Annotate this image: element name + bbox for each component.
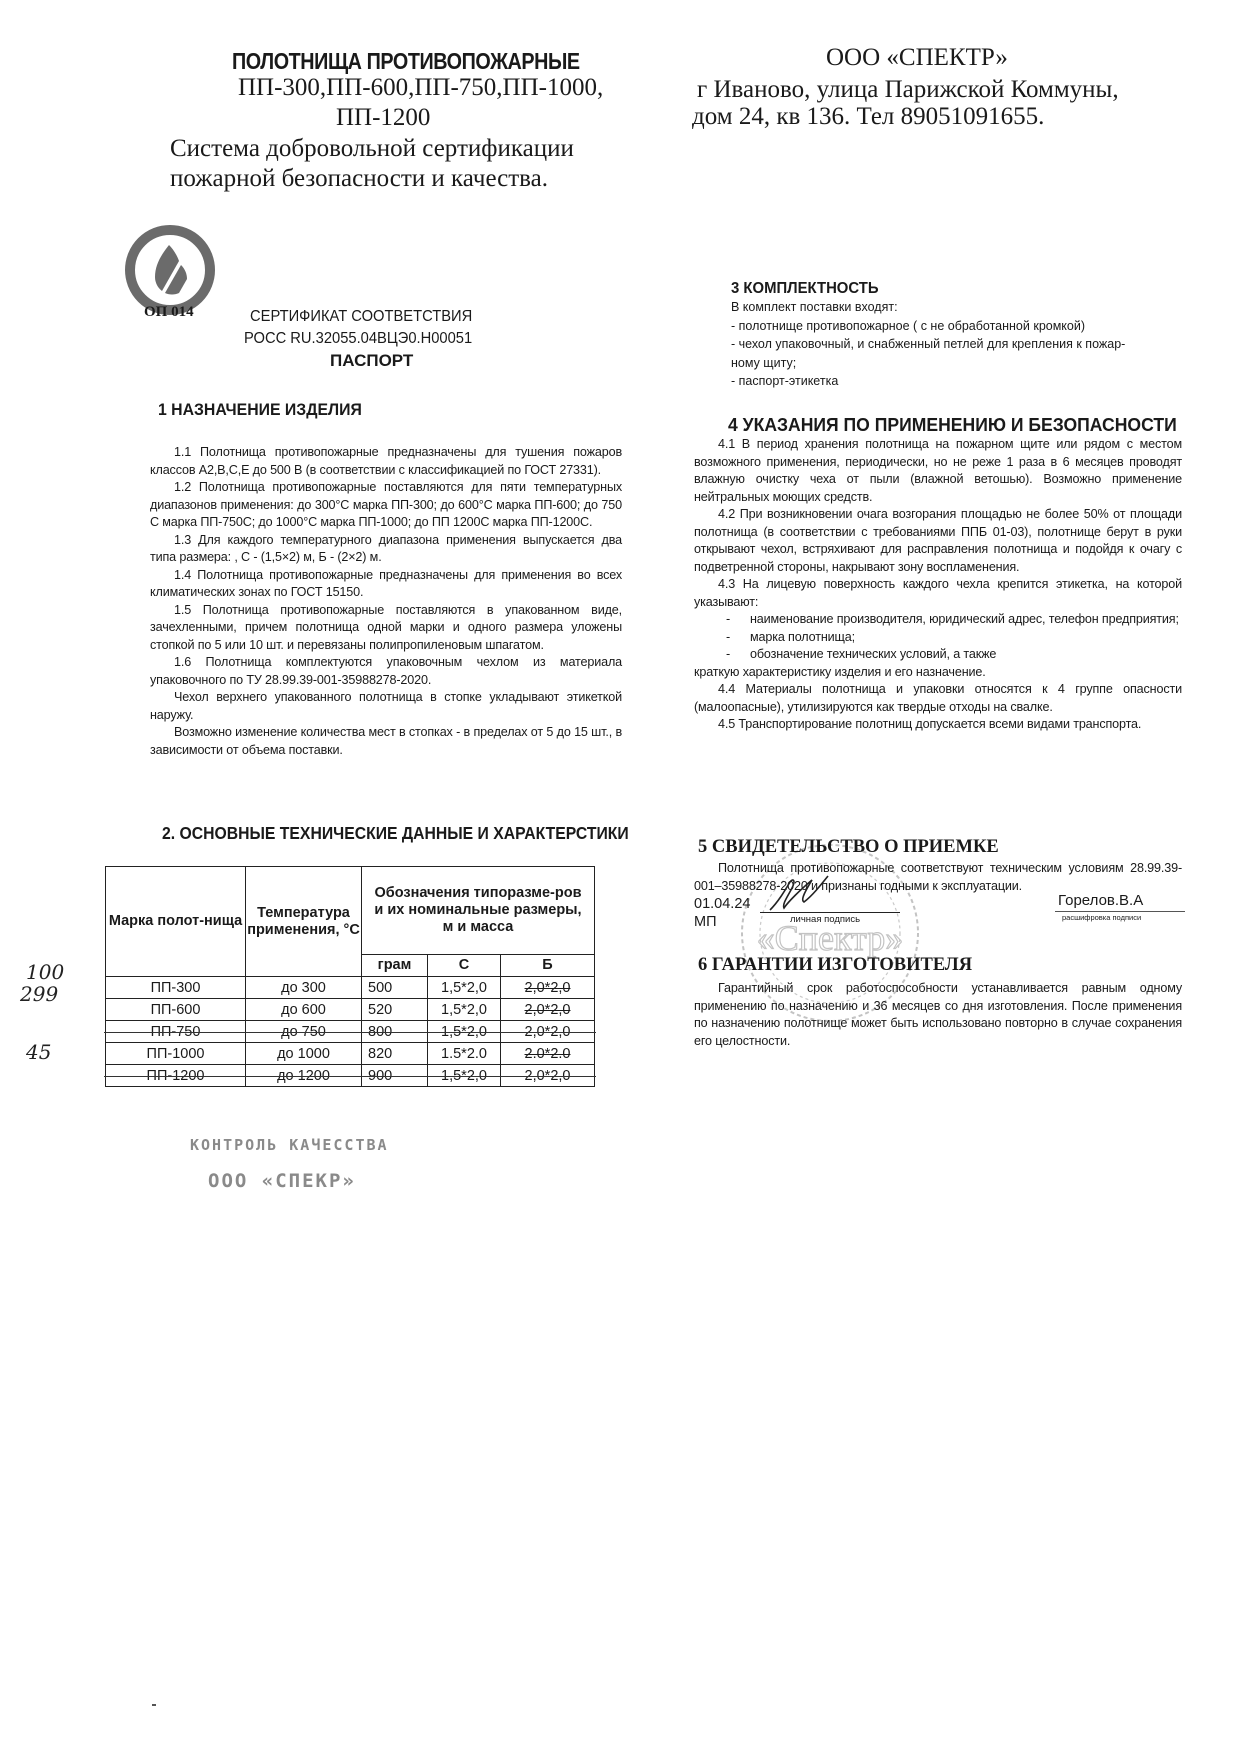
cell-b: 2,0*2,0 [501,977,595,999]
cell-c: 1,5*2,0 [428,977,501,999]
cell-mass: 800 [362,1021,428,1043]
certificate-title: СЕРТИФИКАТ СООТВЕТСТВИЯ [250,308,472,326]
cell-brand: ПП-600 [106,999,246,1021]
company-address-line1: г Иваново, улица Парижской Коммуны, [697,76,1119,104]
cert-system-line1: Система добровольной сертификации [170,134,574,164]
section1-body: 1.1 Полотнища противопожарные предназнач… [150,444,622,759]
document-title: ПОЛОТНИЩА ПРОТИВОПОЖАРНЫЕ [232,48,580,75]
quality-control-stamp-line2: ООО «СПЕКР» [208,1170,356,1192]
cell-c: 1,5*2,0 [428,1065,501,1087]
section6-title: 6 ГАРАНТИИ ИЗГОТОВИТЕЛЯ [698,955,972,976]
cell-c: 1,5*2,0 [428,1021,501,1043]
cell-b: 2,0*2,0 [501,1065,595,1087]
table-row: ПП-300до 3005001,5*2,02,0*2,0 [106,977,595,999]
section1-para-stack: Возможно изменение количества мест в сто… [150,724,622,759]
certificate-number: РОСС RU.32055.04ВЦЭ0.Н00051 [244,330,472,348]
section1-para-1-5: 1.5 Полотнища противопожарные поставляют… [150,602,622,655]
section1-para-1-1: 1.1 Полотнища противопожарные предназнач… [150,444,622,479]
table-row: ПП-750до 7508001,5*2,02,0*2,0 [106,1021,595,1043]
warranty-text: Гарантийный срок работоспособности устан… [694,980,1182,1050]
signer-line [1055,911,1185,912]
section3-item: - паспорт-этикетка [731,372,1171,391]
cell-b: 2,0*2,0 [501,999,595,1021]
cell-temp: до 750 [246,1021,362,1043]
section4-para-4-5: 4.5 Транспортирование полотнищ допускает… [694,716,1182,734]
subheader-mass: грам [362,955,428,977]
company-address-line2: дом 24, кв 136. Тел 89051091655. [692,103,1044,131]
logo-label: ОП 014 [144,304,194,321]
quality-control-stamp-line1: КОНТРОЛЬ КАЧЕССТВА [190,1136,389,1154]
section1-para-1-4: 1.4 Полотнища противопожарные предназнач… [150,567,622,602]
signature-label: личная подпись [790,914,860,925]
cell-brand: ПП-1200 [106,1065,246,1087]
section4-para-4-3: 4.3 На лицевую поверхность каждого чехла… [694,576,1182,611]
fire-certification-logo-icon [125,225,215,315]
handwritten-note-1: 100 [26,960,64,984]
section3-intro: В комплект поставки входят: [731,298,1171,317]
section3-item: ному щиту; [731,354,1171,373]
section2-title: 2. ОСНОВНЫЕ ТЕХНИЧЕСКИЕ ДАННЫЕ И ХАРАКТЕ… [162,823,629,844]
cell-temp: до 1000 [246,1043,362,1065]
section1-para-cover: Чехол верхнего упакованного полотнища в … [150,689,622,724]
certification-system: Система добровольной сертификации пожарн… [170,134,574,194]
cell-b: 2,0*2,0 [501,1021,595,1043]
subheader-size-b: Б [501,955,595,977]
section4-para-4-2: 4.2 При возникновении очага возгорания п… [694,506,1182,576]
section3-item: - чехол упаковочный, и снабженный петлей… [731,335,1171,354]
product-models-line2: ПП-1200 [336,104,430,132]
section6-body: Гарантийный срок работоспособности устан… [694,980,1182,1050]
header-sizes: Обозначения типоразме-ров и их номинальн… [362,867,595,955]
cell-b: 2.0*2.0 [501,1043,595,1065]
signer-name: Горелов.В.А [1058,892,1143,909]
section4-para-4-1: 4.1 В период хранения полотнища на пожар… [694,436,1182,506]
signature-line [760,912,900,913]
cell-brand: ПП-300 [106,977,246,999]
label-contents-list: наименование производителя, юридический … [694,611,1182,664]
list-item: обозначение технических условий, а также [738,646,1182,664]
section3-body: В комплект поставки входят: - полотнище … [731,298,1171,391]
cell-temp: до 600 [246,999,362,1021]
section1-para-1-6: 1.6 Полотнища комплектуются упаковочным … [150,654,622,689]
scan-speck [152,1704,156,1706]
specifications-table: Марка полот-нища Температура применения,… [105,866,595,1087]
signer-label: расшифровка подписи [1062,913,1141,922]
table-row: ПП-600до 6005201,5*2,02,0*2,0 [106,999,595,1021]
cell-c: 1.5*2.0 [428,1043,501,1065]
cell-brand: ПП-750 [106,1021,246,1043]
section1-title: 1 НАЗНАЧЕНИЕ ИЗДЕЛИЯ [158,400,362,420]
cell-temp: до 300 [246,977,362,999]
cell-mass: 820 [362,1043,428,1065]
cell-mass: 900 [362,1065,428,1087]
table-row: ПП-1000до 10008201.5*2.02.0*2.0 [106,1043,595,1065]
cell-mass: 520 [362,999,428,1021]
list-item: наименование производителя, юридический … [738,611,1182,629]
cell-brand: ПП-1000 [106,1043,246,1065]
section3-item: - полотнище противопожарное ( с не обраб… [731,317,1171,336]
list-item: марка полотнища; [738,629,1182,647]
handwritten-note-2: 299 [20,982,58,1006]
handwritten-note-3: 45 [26,1040,51,1064]
cell-temp: до 1200 [246,1065,362,1087]
section1-para-1-2: 1.2 Полотнища противопожарные поставляют… [150,479,622,532]
subheader-size-c: С [428,955,501,977]
header-temperature: Температура применения, °С [246,867,362,977]
stamp-place-label: МП [694,914,717,930]
product-models-line1: ПП-300,ПП-600,ПП-750,ПП-1000, [238,74,603,102]
section1-para-1-3: 1.3 Для каждого температурного диапазона… [150,532,622,567]
company-name: ООО «СПЕКТР» [826,44,1008,72]
section4-para-4-4: 4.4 Материалы полотнища и упаковки относ… [694,681,1182,716]
header-brand: Марка полот-нища [106,867,246,977]
section4-para-4-3-tail: краткую характеристику изделия и его наз… [694,664,1182,682]
section4-title: 4 УКАЗАНИЯ ПО ПРИМЕНЕНИЮ И БЕЗОПАСНОСТИ [728,414,1177,436]
cert-system-line2: пожарной безопасности и качества. [170,164,574,194]
signature-icon [760,872,850,914]
cell-c: 1,5*2,0 [428,999,501,1021]
acceptance-date: 01.04.24 [694,896,750,912]
section4-body: 4.1 В период хранения полотнища на пожар… [694,436,1182,734]
passport-heading: ПАСПОРТ [330,351,413,371]
section3-title: 3 КОМПЛЕКТНОСТЬ [731,280,879,298]
cell-mass: 500 [362,977,428,999]
table-row: ПП-1200до 12009001,5*2,02,0*2,0 [106,1065,595,1087]
section5-title: 5 СВИДЕТЕЛЬСТВО О ПРИЕМКЕ [698,837,999,858]
